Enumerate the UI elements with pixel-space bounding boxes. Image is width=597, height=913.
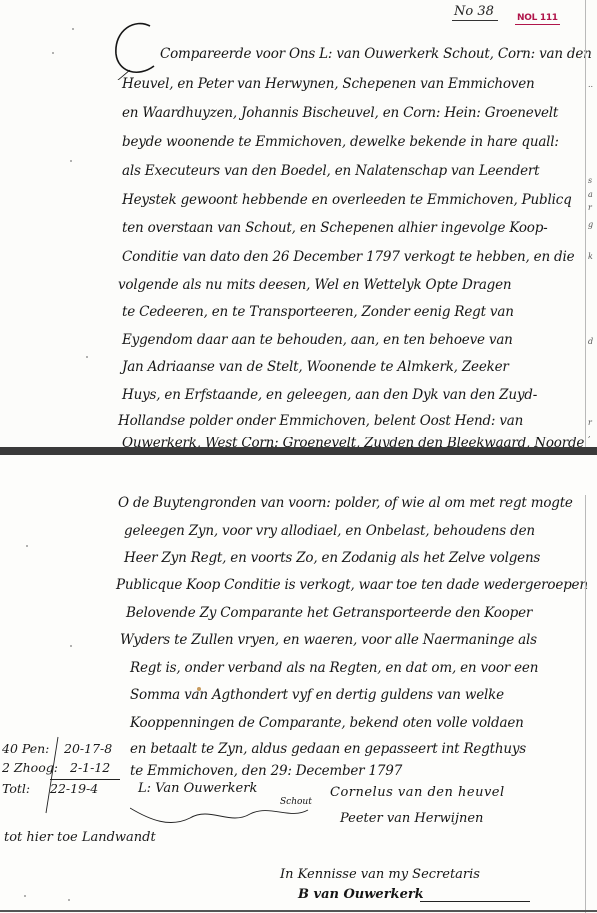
signature-schout: L: Van Ouwerkerk: [138, 781, 257, 796]
paper-speck: [52, 52, 54, 54]
document-page-top: No 38 NOL 111 Compareerde voor Ons L: va…: [0, 0, 597, 447]
deed-line: Compareerde voor Ons L: van Ouwerkerk Sc…: [160, 48, 592, 62]
deed-line: te Emmichoven, den 29: December 1797: [130, 765, 402, 779]
margin-mark: d: [588, 337, 593, 346]
deed-line: en betaalt te Zyn, aldus gedaan en gepas…: [130, 743, 526, 757]
page-divider: [0, 447, 597, 455]
deed-line: Eygendom daar aan te behouden, aan, en t…: [122, 334, 513, 348]
deed-line: Belovende Zy Comparante het Getransporte…: [126, 607, 532, 621]
margin-mark: ..: [588, 80, 593, 89]
document-page-bottom: O de Buytengronden van voorn: polder, of…: [0, 455, 597, 913]
folio-number: No 38: [452, 4, 498, 21]
margin-mark: k: [588, 252, 593, 261]
margin-mark: r: [588, 203, 592, 212]
signature-flourish-icon: [130, 800, 310, 830]
margin-mark: g: [588, 220, 593, 229]
margin-mark: ,: [588, 430, 591, 439]
deed-line: te Cedeeren, en te Transporteeren, Zonde…: [122, 306, 514, 320]
deed-line: ten overstaan van Schout, en Schepenen a…: [122, 222, 548, 236]
margin-footnote: tot hier toe Landwandt: [4, 830, 156, 845]
deed-line: Heer Zyn Regt, en voorts Zo, en Zodanig …: [124, 552, 540, 566]
paper-speck: [24, 895, 26, 897]
paper-speck: [72, 28, 74, 30]
tally-label: Totl:: [2, 781, 30, 796]
signature-secretaris: B van Ouwerkerk: [298, 887, 424, 902]
paper-speck: [70, 160, 72, 162]
deed-line: Wyders te Zullen vryen, en waeren, voor …: [120, 634, 537, 648]
attestation-text: In Kennisse van my Secretaris: [280, 867, 480, 882]
deed-line: Heuvel, en Peter van Herwynen, Schepenen…: [122, 78, 535, 92]
paper-speck: [68, 899, 70, 901]
decorative-initial-c-icon: [110, 20, 160, 80]
deed-line: Heystek gewoont hebbende en overleeden t…: [122, 194, 572, 208]
deed-line: O de Buytengronden van voorn: polder, of…: [118, 497, 573, 511]
margin-mark: s: [588, 176, 592, 185]
paper-stain: [197, 687, 201, 691]
margin-mark: a: [588, 190, 593, 199]
signature-schepen: Cornelus van den heuvel: [330, 785, 505, 800]
tally-sum-line: [50, 779, 120, 780]
deed-line: geleegen Zyn, voor vry allodiael, en Onb…: [124, 525, 535, 539]
deed-line: Publicque Koop Conditie is verkogt, waar…: [116, 579, 588, 593]
archive-stamp: NOL 111: [515, 13, 560, 25]
deed-line: Kooppenningen de Comparante, bekend oten…: [130, 717, 524, 731]
paper-speck: [70, 645, 72, 647]
signature-underline: [420, 901, 530, 902]
paper-speck: [26, 545, 28, 547]
deed-line: Regt is, onder verband als na Regten, en…: [130, 662, 538, 676]
deed-line: Jan Adriaanse van de Stelt, Woonende te …: [122, 361, 509, 375]
deed-line: Huys, en Erfstaande, en geleegen, aan de…: [122, 389, 537, 403]
paper-speck: [86, 356, 88, 358]
tally-bracket-icon: [40, 735, 60, 815]
tally-value: 20-17-8: [64, 741, 112, 756]
margin-mark: r: [588, 418, 592, 427]
deed-line: beyde woonende te Emmichoven, dewelke be…: [122, 136, 559, 150]
page-edge-line: [585, 495, 586, 913]
page-edge-line: [585, 0, 586, 447]
page-bottom-edge: [0, 910, 597, 912]
deed-line: Somma van Agthondert vyf en dertig gulde…: [130, 689, 504, 703]
deed-line: Hollandse polder onder Emmichoven, belen…: [118, 415, 523, 429]
signature-schepen: Peeter van Herwijnen: [340, 811, 483, 826]
deed-line: volgende als nu mits deesen, Wel en Wett…: [118, 279, 511, 293]
tally-value: 2-1-12: [70, 760, 110, 775]
deed-line: en Waardhuyzen, Johannis Bischeuvel, en …: [122, 107, 558, 121]
deed-line: Conditie van dato den 26 December 1797 v…: [122, 251, 574, 265]
deed-line: als Executeurs van den Boedel, en Nalate…: [122, 165, 539, 179]
